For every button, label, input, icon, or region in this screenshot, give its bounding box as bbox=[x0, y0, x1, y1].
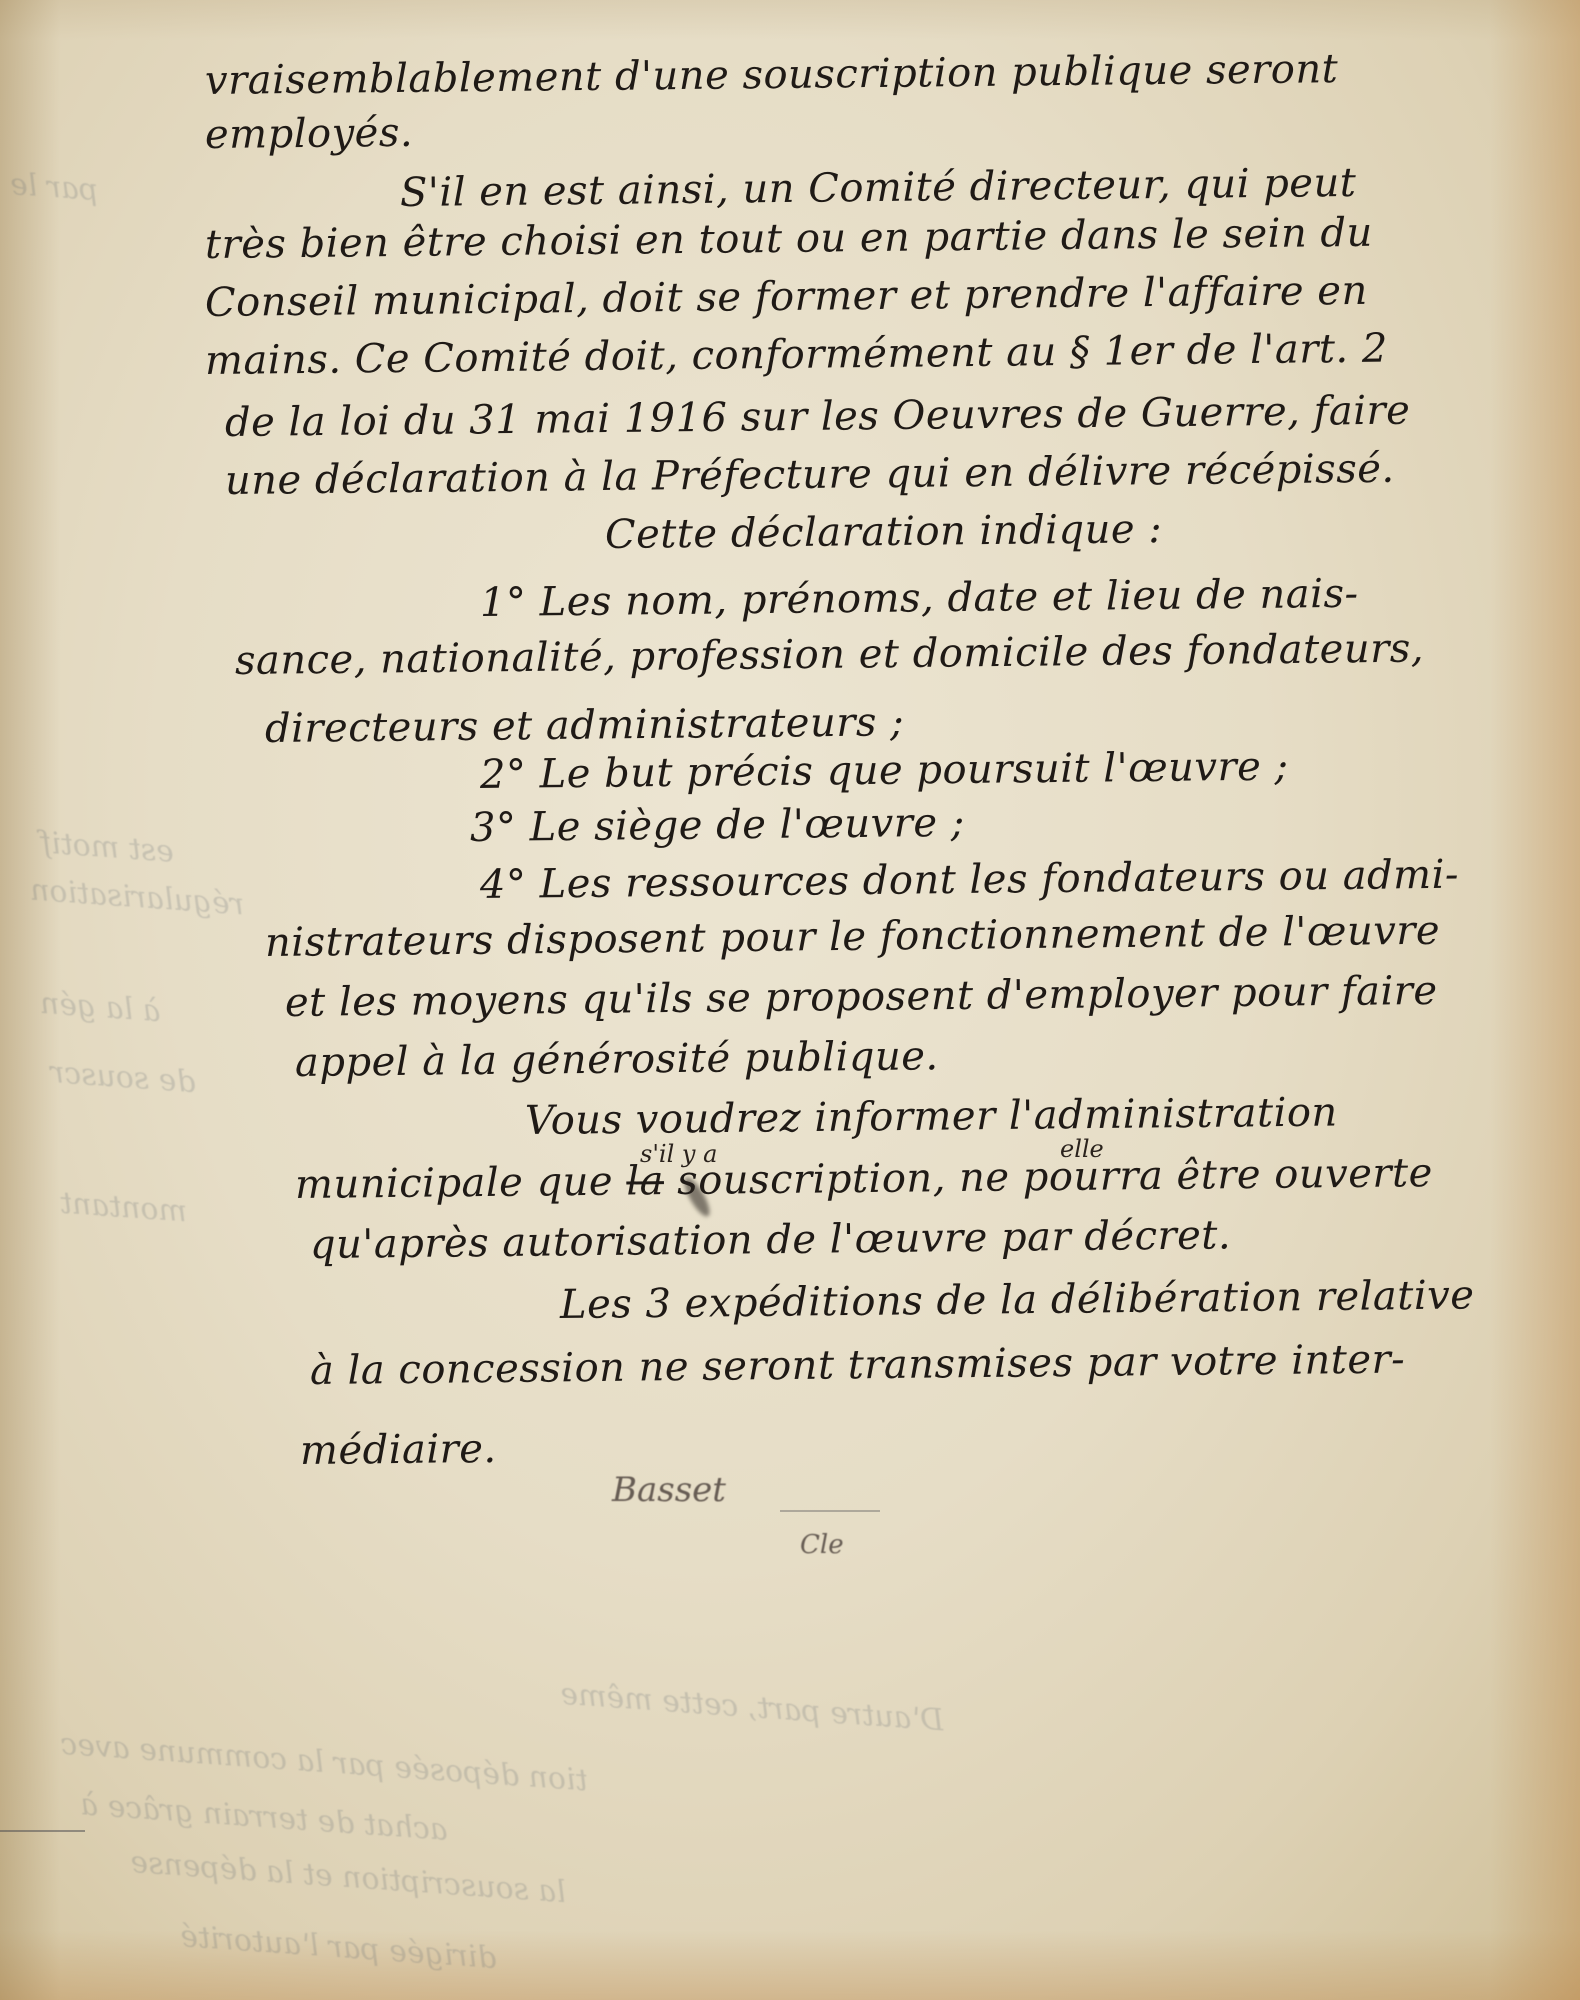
bleed-through-line: dirigée par l'autorité bbox=[179, 1919, 498, 1976]
bleed-through-margin: par le bbox=[9, 167, 100, 208]
interlinear-insertion: s'il y a bbox=[640, 1140, 717, 1168]
text-line: Vous voudrez informer l'administration bbox=[525, 1089, 1338, 1144]
text-line: très bien être choisi en tout ou en part… bbox=[205, 210, 1373, 268]
text-line: de la loi du 31 mai 1916 sur les Oeuvres… bbox=[225, 388, 1411, 446]
bleed-through-margin: montant bbox=[59, 1186, 188, 1230]
bleed-through-line: la souscription et la dépense bbox=[129, 1845, 567, 1910]
text-segment: ne pourra être ouverte bbox=[959, 1150, 1433, 1201]
text-line: qu'après autorisation de l'œuvre par déc… bbox=[310, 1212, 1232, 1268]
text-line: sance, nationalité, profession et domici… bbox=[235, 626, 1424, 684]
bleed-through-line: D'autre part, cette même bbox=[559, 1677, 945, 1739]
document-page: D'autre part, cette même tion déposée pa… bbox=[0, 0, 1580, 2000]
list-item: 4° Les ressources dont les fondateurs ou… bbox=[480, 852, 1459, 908]
text-line: Les 3 expéditions de la délibération rel… bbox=[560, 1272, 1475, 1328]
text-line: mains. Ce Comité doit, conformément au §… bbox=[205, 326, 1388, 384]
text-line-with-correction: municipale que la souscription, ne pourr… bbox=[295, 1150, 1433, 1208]
bleed-through-line: tion déposée par la commune avec bbox=[59, 1727, 588, 1799]
text-segment: municipale que bbox=[295, 1159, 627, 1208]
section-heading: Cette déclaration indique : bbox=[605, 506, 1163, 558]
signature-initials: Cle bbox=[800, 1530, 844, 1560]
text-line: directeurs et administrateurs ; bbox=[265, 699, 905, 752]
text-line: Conseil municipal, doit se former et pre… bbox=[205, 268, 1368, 326]
bleed-through-margin: régularisation bbox=[29, 873, 245, 923]
signature: Basset bbox=[612, 1470, 726, 1510]
text-line: S'il en est ainsi, un Comité directeur, … bbox=[400, 160, 1357, 216]
bleed-through-line: achat de terrain grâce à bbox=[79, 1787, 449, 1848]
bleed-through-margin: est motif bbox=[39, 825, 175, 869]
text-line: une déclaration à la Préfecture qui en d… bbox=[225, 446, 1395, 504]
signature-underline bbox=[780, 1510, 880, 1512]
text-line: vraisemblablement d'une souscription pub… bbox=[205, 46, 1339, 104]
text-line: et les moyens qu'ils se proposent d'empl… bbox=[285, 968, 1438, 1026]
margin-rule bbox=[0, 1830, 85, 1832]
bleed-through-margin: à la gén bbox=[39, 986, 162, 1029]
bleed-through-margin: de souscr bbox=[49, 1055, 197, 1100]
list-item: 1° Les nom, prénoms, date et lieu de nai… bbox=[480, 571, 1359, 626]
interlinear-insertion: elle bbox=[1060, 1135, 1104, 1163]
text-line: à la concession ne seront transmises par… bbox=[310, 1337, 1406, 1394]
text-line: employés. bbox=[205, 110, 414, 158]
text-line: médiaire. bbox=[300, 1426, 497, 1474]
text-line: nistrateurs disposent pour le fonctionne… bbox=[265, 908, 1441, 966]
list-item: 2° Le but précis que poursuit l'œuvre ; bbox=[480, 744, 1289, 798]
list-item: 3° Le siège de l'œuvre ; bbox=[470, 800, 965, 851]
text-line: appel à la générosité publique. bbox=[295, 1033, 939, 1086]
